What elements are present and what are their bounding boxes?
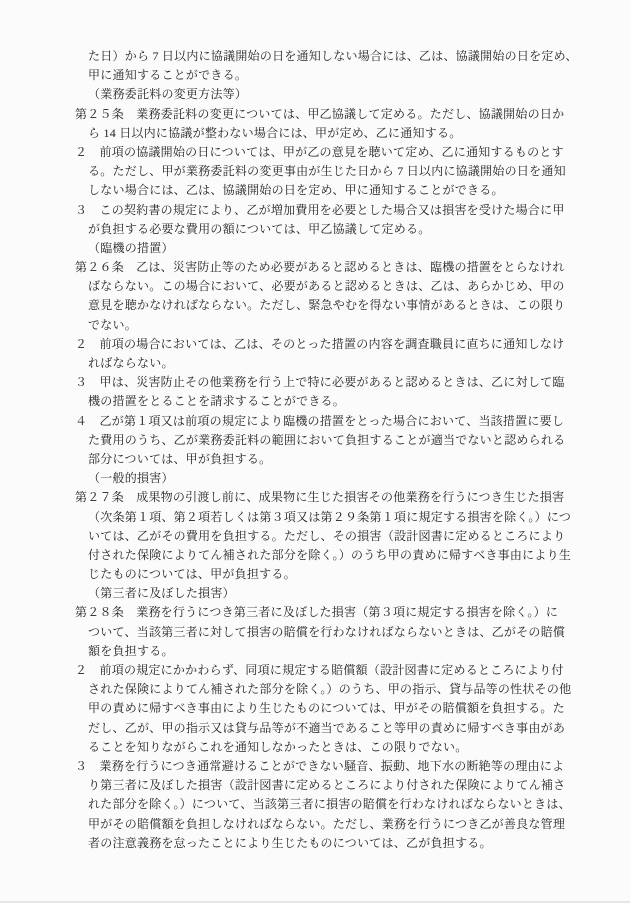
document-line: ３ 業務を行うにつき通常避けることができない騒音、振動、地下水の断絶等の理由によ: [75, 757, 563, 776]
document-line: 甲の責めに帰すべき事由により生じたものについては、甲がその賠償額を負担する。た: [75, 699, 563, 718]
document-line: 第２６条 乙は、災害防止等のため必要があると認めるときは、臨機の措置をとらなけれ: [75, 258, 563, 277]
document-line: り第三者に及ぼした損害（設計図書に定めるところにより付された保険によりてん補さ: [75, 776, 563, 795]
document-body: た日）から 7 日以内に協議開始の日を通知しない場合には、乙は、協議開始の日を定…: [75, 47, 563, 853]
document-line: ２ 前項の協議開始の日については、甲が乙の意見を聴いて定め、乙に通知するものとす: [75, 143, 563, 162]
document-line: れた部分を除く。）について、当該第三者に損害の賠償を行わなければならないときは、: [75, 795, 563, 814]
document-line: 第２８条 業務を行うにつき第三者に及ぼした損害（第３項に規定する損害を除く。）に: [75, 603, 563, 622]
document-line: 甲に通知することができる。: [75, 66, 563, 85]
document-line: （第三者に及ぼした損害）: [75, 584, 563, 603]
document-line: ら 14 日以内に協議が整わない場合には、甲が定め、乙に通知する。: [75, 124, 563, 143]
document-line: じたものについては、甲が負担する。: [75, 565, 563, 584]
document-line: いては、乙がその費用を負担する。ただし、その損害（設計図書に定めるところにより: [75, 527, 563, 546]
document-line: 第２５条 業務委託料の変更については、甲乙協議して定める。ただし、協議開始の日か: [75, 105, 563, 124]
document-line: （臨機の措置）: [75, 239, 563, 258]
document-line: ３ この契約書の規定により、乙が増加費用を必要とした場合又は損害を受けた場合に甲: [75, 201, 563, 220]
document-line: ることを知りながらこれを通知しなかったときは、この限りでない。: [75, 738, 563, 757]
document-line: ついて、当該第三者に対して損害の賠償を行わなければならないときは、乙がその賠償: [75, 623, 563, 642]
document-line: （次条第１項、第２項若しくは第３項又は第２９条第１項に規定する損害を除く。）につ: [75, 508, 563, 527]
document-page: た日）から 7 日以内に協議開始の日を通知しない場合には、乙は、協議開始の日を定…: [0, 0, 630, 903]
document-line: ばならない。この場合において、必要があると認めるときは、乙は、あらかじめ、甲の: [75, 277, 563, 296]
document-line: ４ 乙が第１項又は前項の規定により臨機の措置をとった場合において、当該措置に要し: [75, 412, 563, 431]
document-line: 部分については、甲が負担する。: [75, 450, 563, 469]
document-line: た日）から 7 日以内に協議開始の日を通知しない場合には、乙は、協議開始の日を定…: [75, 47, 563, 66]
document-line: が負担する必要な費用の額については、甲乙協議して定める。: [75, 220, 563, 239]
document-line: る。ただし、甲が業務委託料の変更事由が生じた日から 7 日以内に協議開始の日を通…: [75, 162, 563, 181]
document-line: ２ 前項の規定にかかわらず、同項に規定する賠償額（設計図書に定めるところにより付: [75, 661, 563, 680]
document-line: しない場合には、乙は、協議開始の日を定め、甲に通知することができる。: [75, 181, 563, 200]
document-line: ればならない。: [75, 354, 563, 373]
document-line: 付された保険によりてん補された部分を除く。）のうち甲の責めに帰すべき事由により生: [75, 546, 563, 565]
document-line: 機の措置をとることを請求することができる。: [75, 392, 563, 411]
document-line: た費用のうち、乙が業務委託料の範囲において負担することが適当でないと認められる: [75, 431, 563, 450]
document-line: された保険によりてん補された部分を除く。）のうち、甲の指示、貸与品等の性状その他: [75, 680, 563, 699]
document-line: だし、乙が、甲の指示又は貸与品等が不適当であること等甲の責めに帰すべき事由があ: [75, 719, 563, 738]
document-line: （業務委託料の変更方法等）: [75, 85, 563, 104]
document-line: ３ 甲は、災害防止その他業務を行う上で特に必要があると認めるときは、乙に対して臨: [75, 373, 563, 392]
document-line: 者の注意義務を怠ったことにより生じたものについては、乙が負担する。: [75, 834, 563, 853]
document-line: 額を負担する。: [75, 642, 563, 661]
document-line: でない。: [75, 316, 563, 335]
document-line: 第２７条 成果物の引渡し前に、成果物に生じた損害その他業務を行うにつき生じた損害: [75, 488, 563, 507]
document-line: （一般的損害）: [75, 469, 563, 488]
document-line: 意見を聴かなければならない。ただし、緊急やむを得ない事情があるときは、この限り: [75, 296, 563, 315]
document-line: ２ 前項の場合においては、乙は、そのとった措置の内容を調査職員に直ちに通知しなけ: [75, 335, 563, 354]
document-line: 甲がその賠償額を負担しなければならない。ただし、業務を行うにつき乙が善良な管理: [75, 815, 563, 834]
